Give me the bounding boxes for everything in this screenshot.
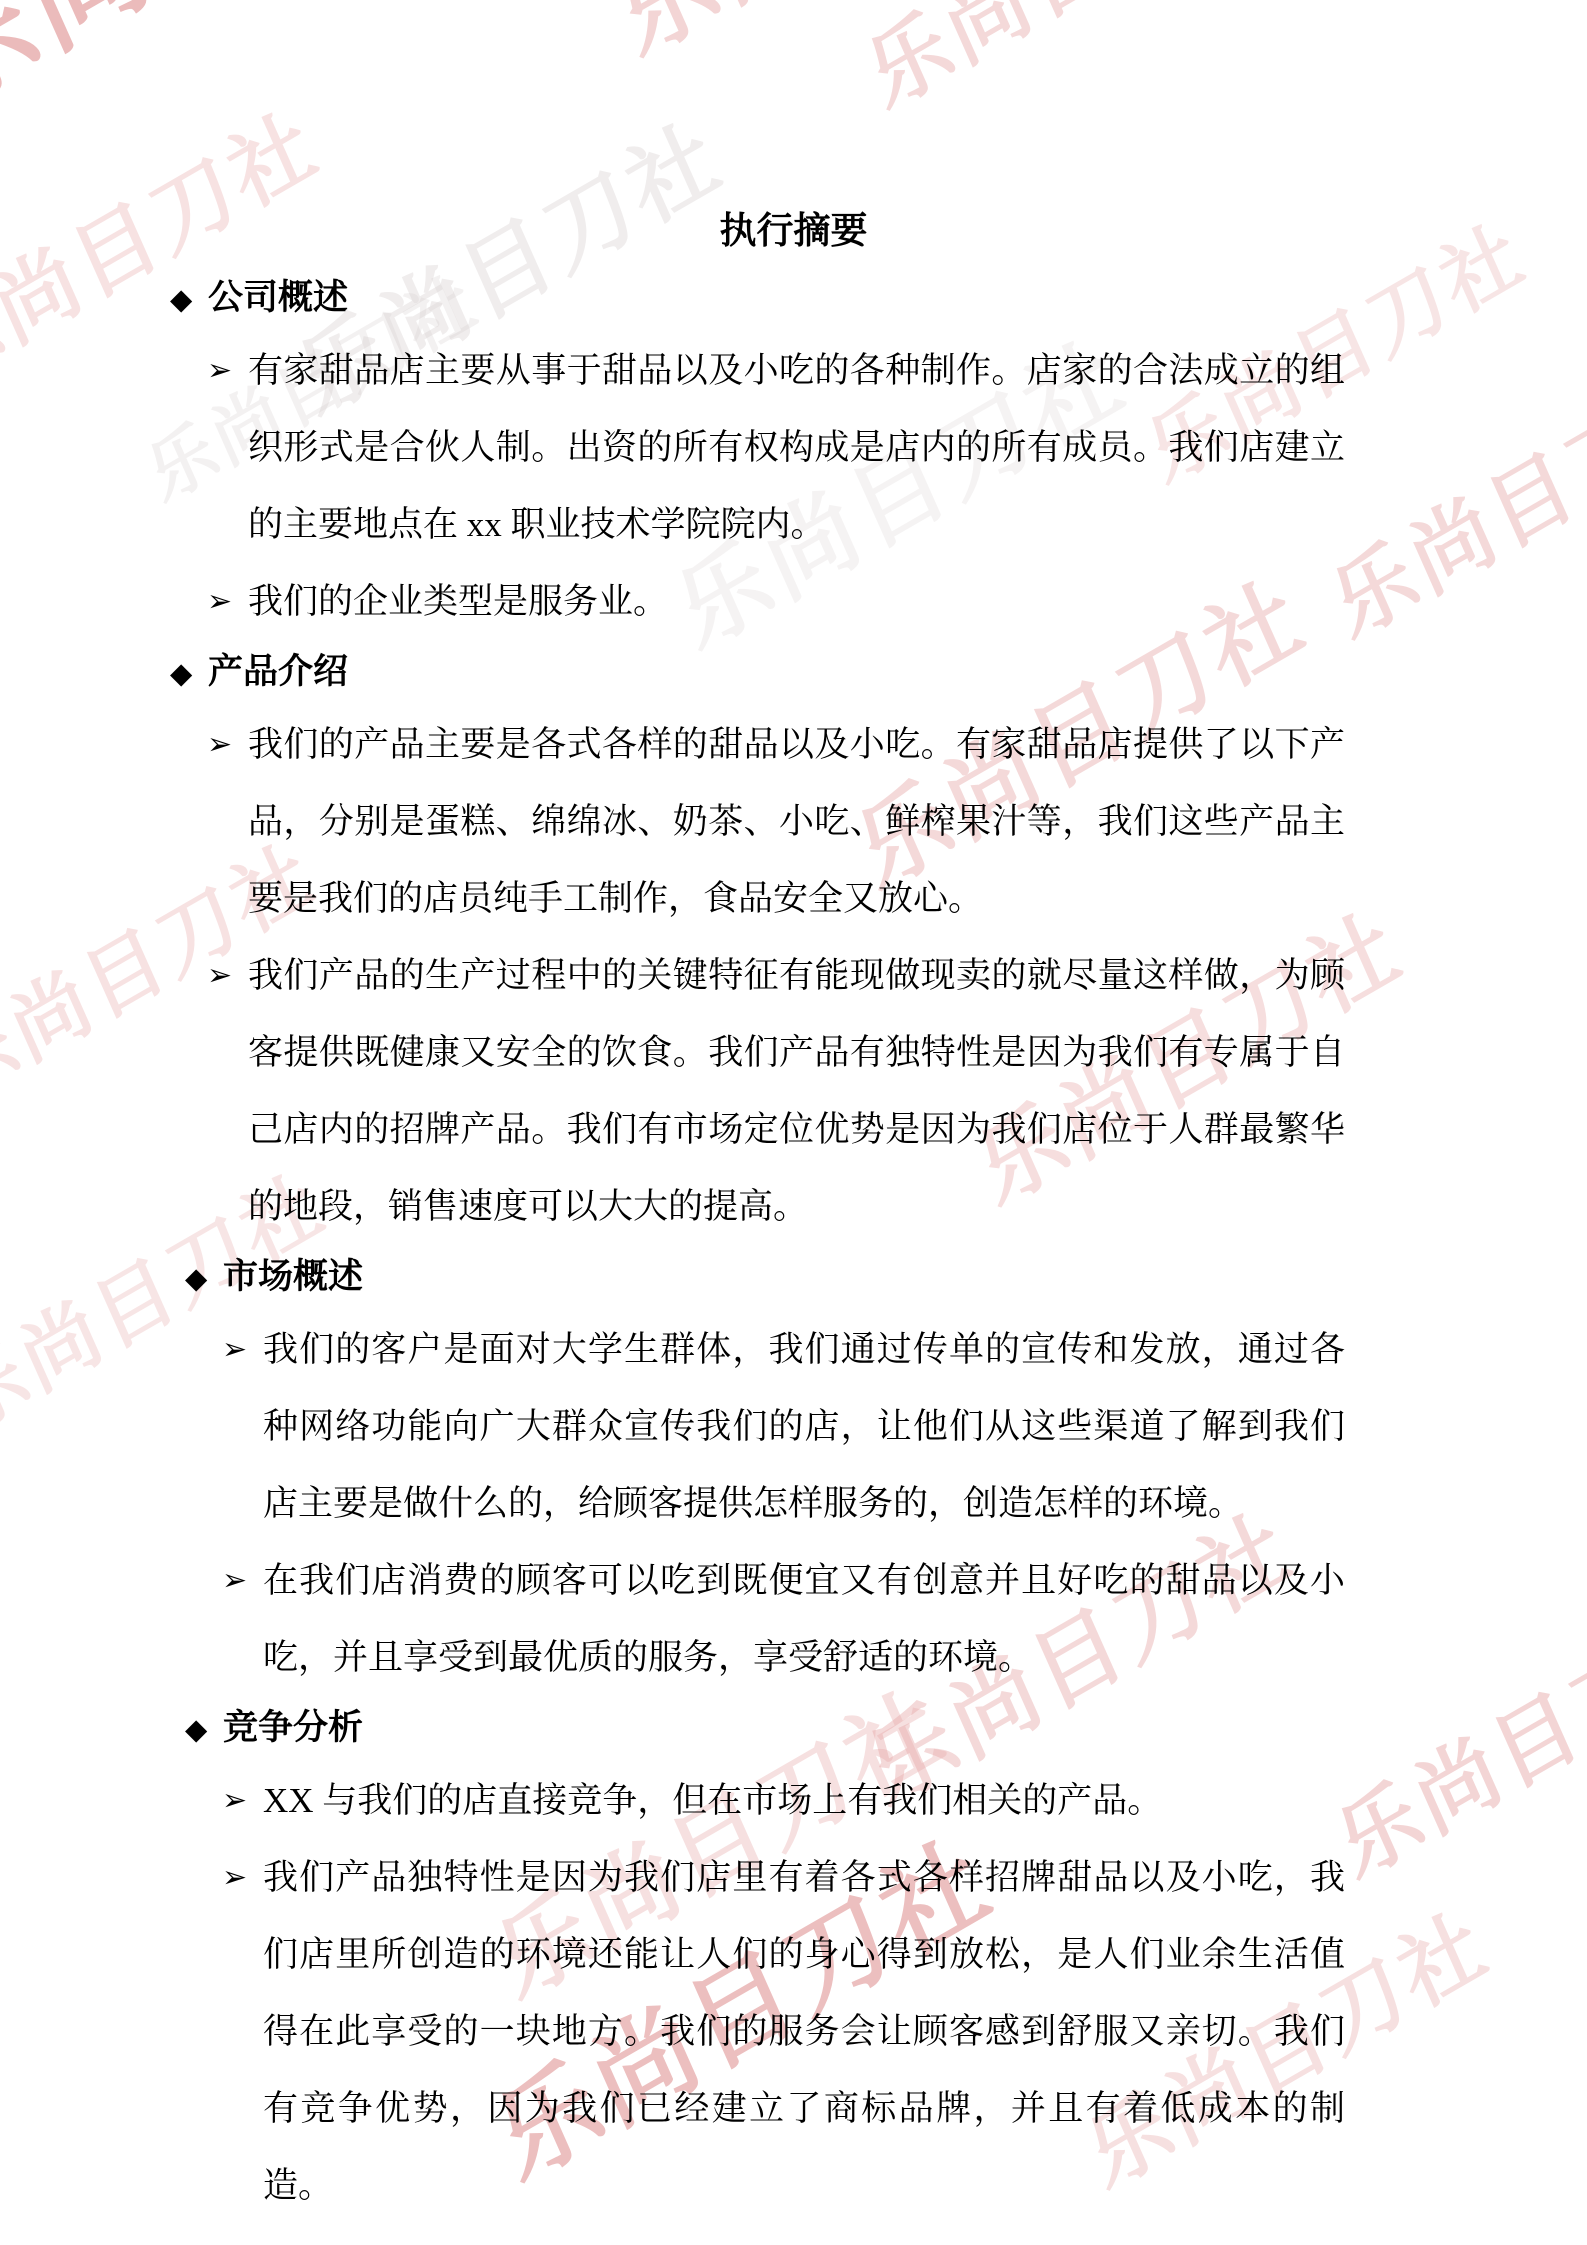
bullet-text: 我们产品独特性是因为我们店里有着各式各样招牌甜品以及小吃，我们店里所创造的环境还… [263,1839,1345,2224]
bullet-item: ➢XX 与我们的店直接竞争，但在市场上有我们相关的产品。 [185,1762,1345,1839]
bullet-item: ➢有家甜品店主要从事于甜品以及小吃的各种制作。店家的合法成立的组织形式是合伙人制… [170,332,1345,563]
section-heading-label: 产品介绍 [208,640,348,704]
bullet-text: 我们的企业类型是服务业。 [248,563,1345,640]
diamond-bullet-icon: ◆ [185,1698,223,1762]
arrow-bullet-icon: ➢ [207,332,248,563]
arrow-bullet-icon: ➢ [207,706,248,937]
sections-container: ◆公司概述➢有家甜品店主要从事于甜品以及小吃的各种制作。店家的合法成立的组织形式… [170,266,1345,2224]
bullet-text: 我们产品的生产过程中的关键特征有能现做现卖的就尽量这样做，为顾客提供既健康又安全… [248,937,1345,1245]
bullet-text: 在我们店消费的顾客可以吃到既便宜又有创意并且好吃的甜品以及小吃，并且享受到最优质… [263,1542,1345,1696]
diamond-bullet-icon: ◆ [170,642,208,706]
bullet-text: 我们的客户是面对大学生群体，我们通过传单的宣传和发放，通过各种网络功能向广大群众… [263,1311,1345,1542]
bullet-item: ➢我们的产品主要是各式各样的甜品以及小吃。有家甜品店提供了以下产品，分别是蛋糕、… [170,706,1345,937]
arrow-bullet-icon: ➢ [222,1839,263,2224]
diamond-bullet-icon: ◆ [185,1247,223,1311]
section-heading: ◆产品介绍 [170,640,1345,706]
document-content: 执行摘要 ◆公司概述➢有家甜品店主要从事于甜品以及小吃的各种制作。店家的合法成立… [0,0,1587,2224]
bullet-item: ➢我们产品的生产过程中的关键特征有能现做现卖的就尽量这样做，为顾客提供既健康又安… [170,937,1345,1245]
bullet-text: 有家甜品店主要从事于甜品以及小吃的各种制作。店家的合法成立的组织形式是合伙人制。… [248,332,1345,563]
section-heading: ◆竞争分析 [185,1696,1345,1762]
arrow-bullet-icon: ➢ [207,937,248,1245]
bullet-text: 我们的产品主要是各式各样的甜品以及小吃。有家甜品店提供了以下产品，分别是蛋糕、绵… [248,706,1345,937]
document-page: 乐尚目刀社乐尚目刀社乐尚目刀社乐尚目刀社乐尚目刀社乐尚目刀社乐尚目刀社乐尚目刀社… [0,0,1587,2245]
bullet-item: ➢在我们店消费的顾客可以吃到既便宜又有创意并且好吃的甜品以及小吃，并且享受到最优… [185,1542,1345,1696]
bullet-item: ➢我们的企业类型是服务业。 [170,563,1345,640]
section-heading-label: 市场概述 [223,1245,363,1309]
section-heading-label: 公司概述 [208,266,348,330]
diamond-bullet-icon: ◆ [170,268,208,332]
bullet-item: ➢我们的客户是面对大学生群体，我们通过传单的宣传和发放，通过各种网络功能向广大群… [185,1311,1345,1542]
section: ◆产品介绍➢我们的产品主要是各式各样的甜品以及小吃。有家甜品店提供了以下产品，分… [170,640,1345,1245]
section-heading: ◆市场概述 [185,1245,1345,1311]
bullet-item: ➢我们产品独特性是因为我们店里有着各式各样招牌甜品以及小吃，我们店里所创造的环境… [185,1839,1345,2224]
section: ◆公司概述➢有家甜品店主要从事于甜品以及小吃的各种制作。店家的合法成立的组织形式… [170,266,1345,640]
section-heading: ◆公司概述 [170,266,1345,332]
arrow-bullet-icon: ➢ [222,1311,263,1542]
section: ◆市场概述➢我们的客户是面对大学生群体，我们通过传单的宣传和发放，通过各种网络功… [185,1245,1345,1696]
page-title: 执行摘要 [170,208,1417,256]
bullet-text: XX 与我们的店直接竞争，但在市场上有我们相关的产品。 [263,1762,1345,1839]
arrow-bullet-icon: ➢ [222,1762,263,1839]
section-heading-label: 竞争分析 [223,1696,363,1760]
section: ◆竞争分析➢XX 与我们的店直接竞争，但在市场上有我们相关的产品。➢我们产品独特… [185,1696,1345,2224]
arrow-bullet-icon: ➢ [222,1542,263,1696]
arrow-bullet-icon: ➢ [207,563,248,640]
